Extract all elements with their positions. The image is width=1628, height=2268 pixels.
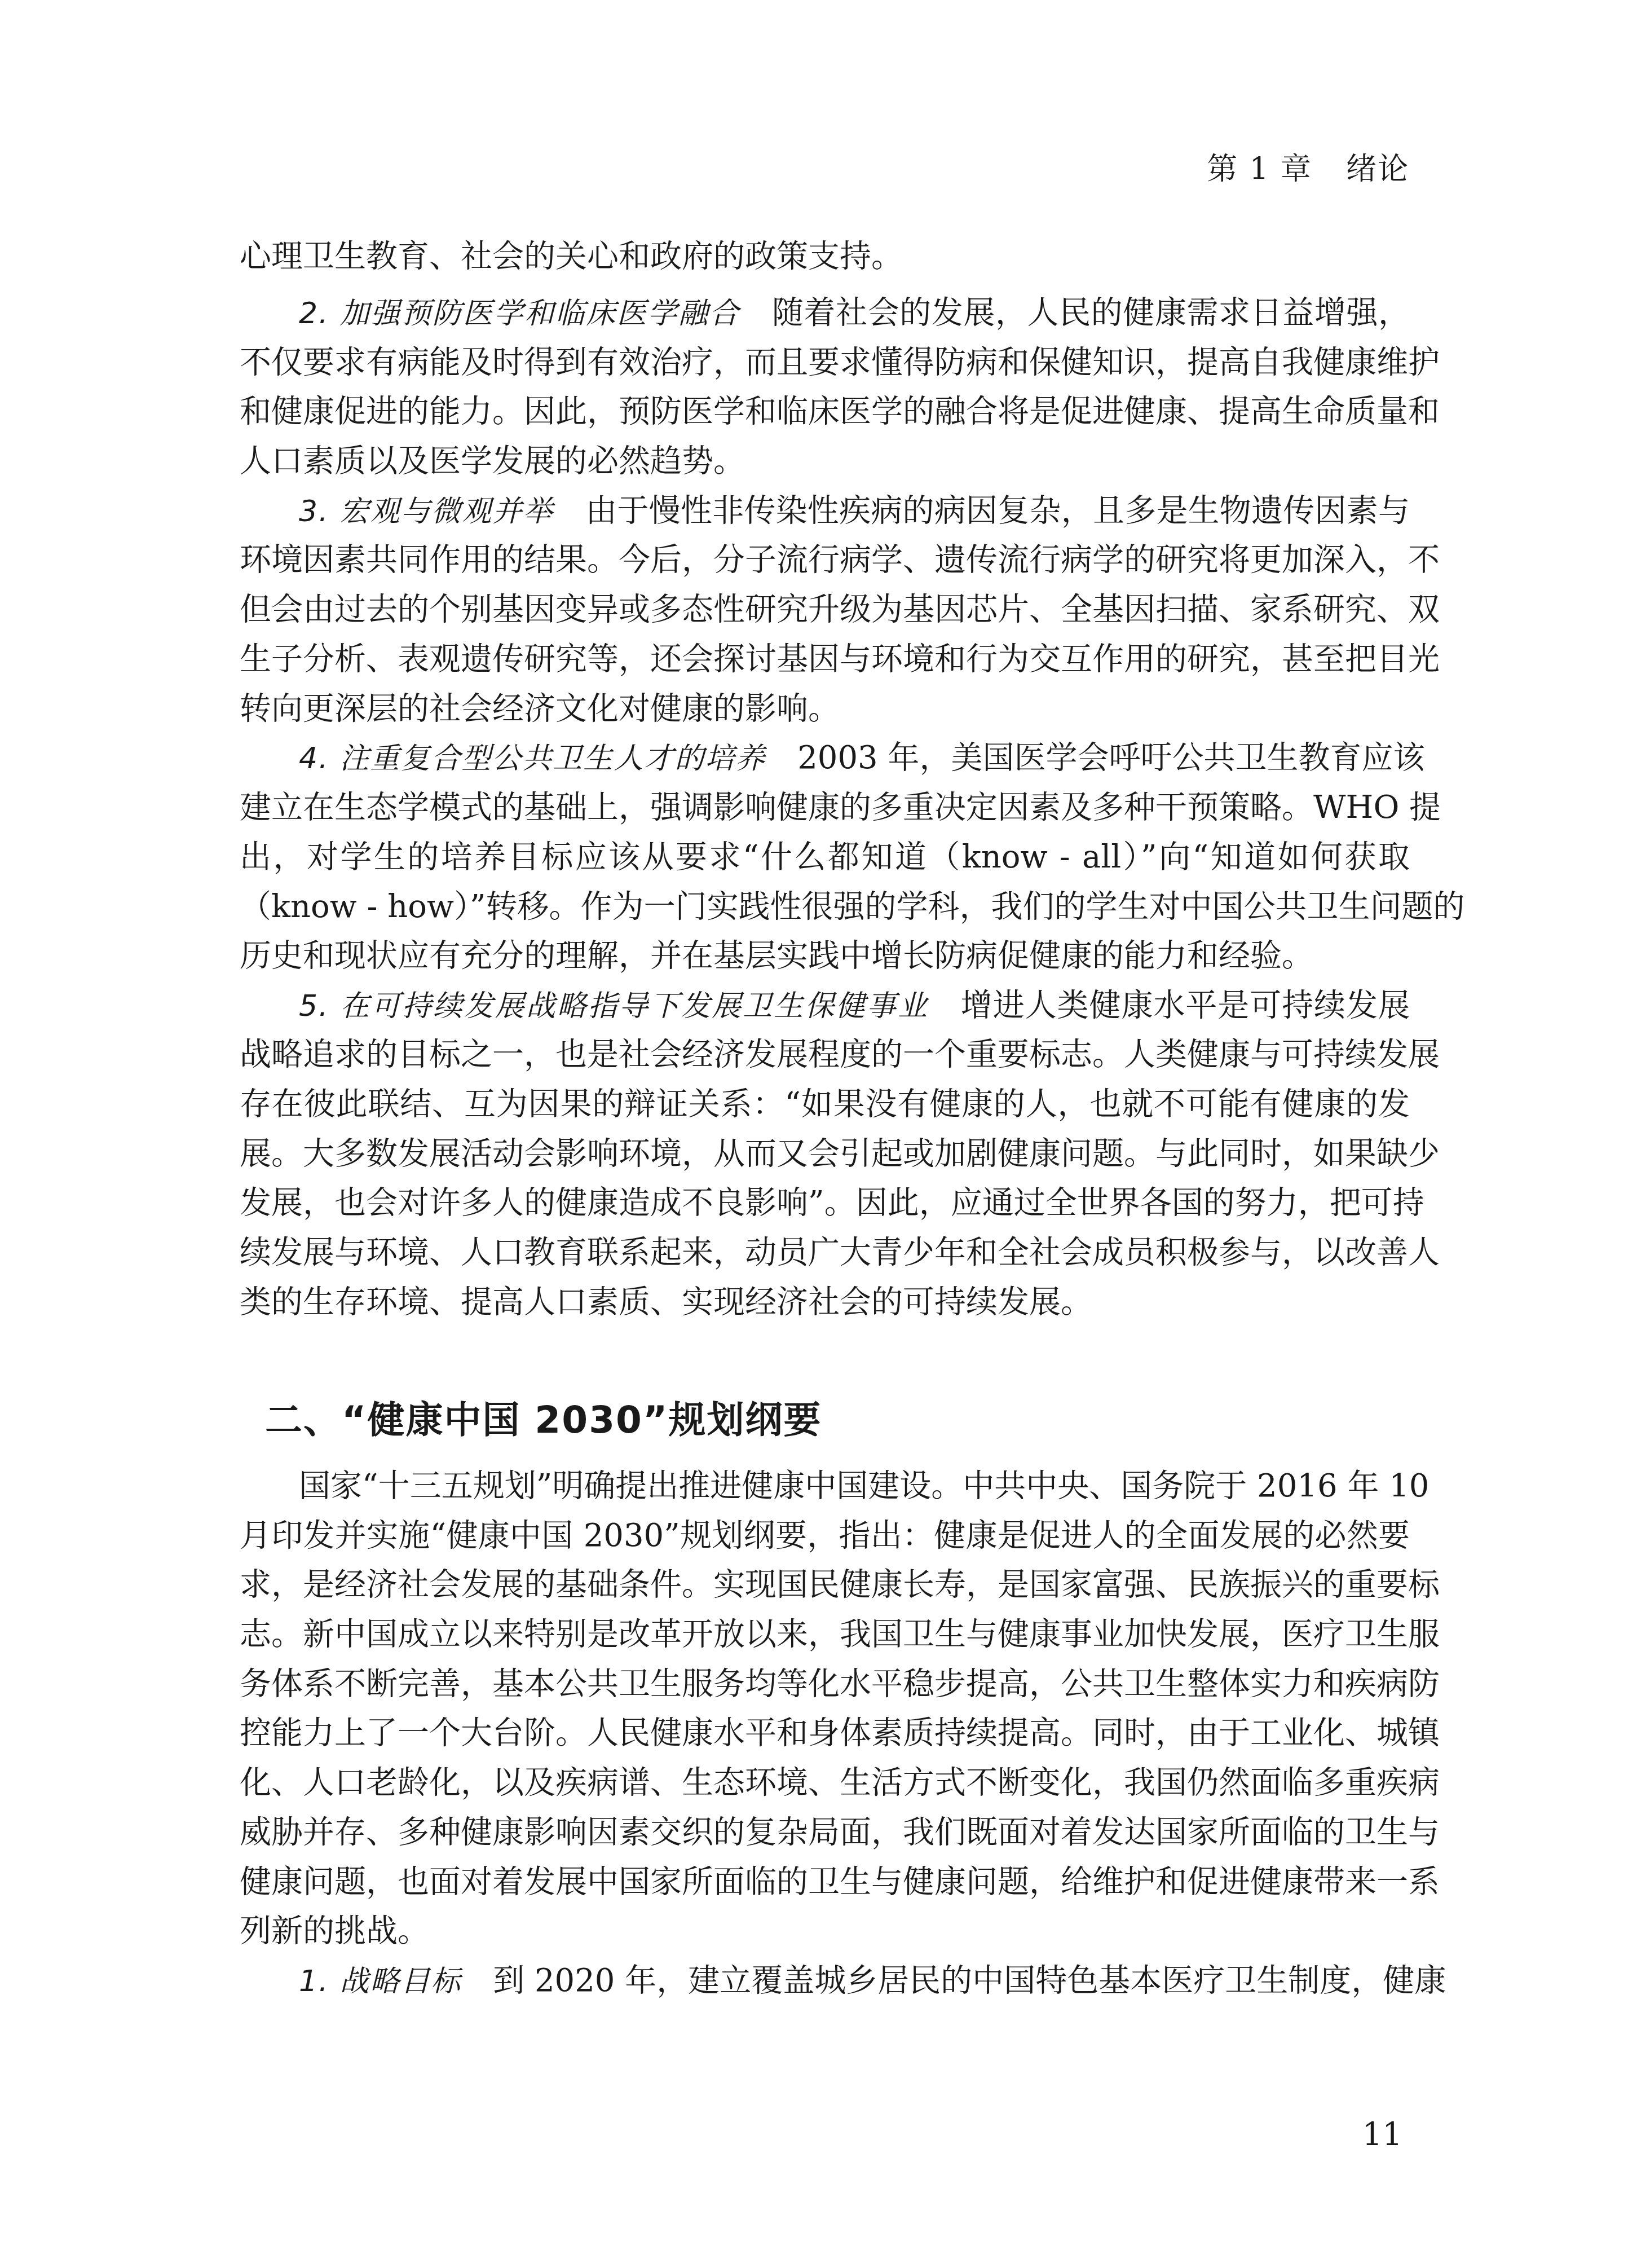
text-line: 月印发并实施“健康中国 2030”规划纲要，指出：健康是促进人的全面发展的必然要 (240, 1511, 1410, 1561)
running-header: 第 1 章绪论 (1207, 151, 1409, 187)
section-heading: 二、“健康中国 2030”规划纲要 (265, 1393, 822, 1447)
text-line: 续发展与环境、人口教育联系起来，动员广大青少年和全社会成员积极参与，以改善人 (240, 1228, 1410, 1278)
paragraph-item-4-first-line: 4. 注重复合型公共卫生人才的培养2003 年，美国医学会呼吁公共卫生教育应该 (299, 733, 1410, 783)
text-line: 求，是经济社会发展的基础条件。实现国民健康长寿，是国家富强、民族振兴的重要标 (240, 1560, 1410, 1610)
text-run: 2003 年，美国医学会呼吁公共卫生教育应该 (797, 739, 1424, 776)
text-line: 出，对学生的培养目标应该从要求“什么都知道（know - all）”向“知道如何… (240, 833, 1410, 882)
text-run: 由于慢性非传染性疾病的病因复杂，且多是生物遗传因素与 (585, 492, 1410, 529)
text-line: 务体系不断完善，基本公共卫生服务均等化水平稳步提高，公共卫生整体实力和疾病防 (240, 1659, 1410, 1709)
text-line: 控能力上了一个大台阶。人民健康水平和身体素质持续提高。同时，由于工业化、城镇 (240, 1708, 1410, 1758)
text-line: 列新的挑战。 (240, 1906, 1410, 1956)
item-keyword: 5. 在可持续发展战略指导下发展卫生保健事业 (299, 989, 929, 1023)
text-line: 建立在生态学模式的基础上，强调影响健康的多重决定因素及多种干预策略。WHO 提 (240, 783, 1410, 833)
text-line: 存在彼此联结、互为因果的辩证关系：“如果没有健康的人，也就不可能有健康的发 (240, 1080, 1410, 1129)
text-run: 到 2020 年，建立覆盖城乡居民的中国特色基本医疗卫生制度，健康 (493, 1962, 1446, 1999)
text-line: 转向更深层的社会经济文化对健康的影响。 (240, 684, 1410, 734)
chapter-title: 绪论 (1346, 151, 1409, 187)
item-keyword: 4. 注重复合型公共卫生人才的培养 (299, 742, 766, 776)
text-line: 历史和现状应有充分的理解，并在基层实践中增长防病促健康的能力和经验。 (240, 931, 1410, 981)
paragraph-item-5-first-line: 5. 在可持续发展战略指导下发展卫生保健事业增进人类健康水平是可持续发展 (299, 981, 1410, 1030)
paragraph-item-3-first-line: 3. 宏观与微观并举由于慢性非传染性疾病的病因复杂，且多是生物遗传因素与 (299, 486, 1410, 536)
paragraph-strategy-goal-first-line: 1. 战略目标到 2020 年，建立覆盖城乡居民的中国特色基本医疗卫生制度，健康 (299, 1956, 1410, 2006)
text-line: 志。新中国成立以来特别是改革开放以来，我国卫生与健康事业加快发展，医疗卫生服 (240, 1610, 1410, 1659)
text-line: 健康问题，也面对着发展中国家所面临的卫生与健康问题，给维护和促进健康带来一系 (240, 1857, 1410, 1907)
item-keyword: 3. 宏观与微观并举 (299, 495, 554, 529)
text-run: 随着社会的发展，人民的健康需求日益增强， (771, 294, 1410, 331)
text-line: 不仅要求有病能及时得到有效治疗，而且要求懂得防病和保健知识，提高自我健康维护 (240, 338, 1410, 387)
text-line: （know - how）”转移。作为一门实践性很强的学科，我们的学生对中国公共卫… (240, 882, 1410, 932)
text-line: 威胁并存、多种健康影响因素交织的复杂局面，我们既面对着发达国家所面临的卫生与 (240, 1808, 1410, 1857)
text-line: 心理卫生教育、社会的关心和政府的政策支持。 (240, 232, 1410, 281)
text-line: 和健康促进的能力。因此，预防医学和临床医学的融合将是促进健康、提高生命质量和 (240, 387, 1410, 437)
text-line: 化、人口老龄化，以及疾病谱、生态环境、生活方式不断变化，我国仍然面临多重疾病 (240, 1758, 1410, 1808)
paragraph-item-2-first-line: 2. 加强预防医学和临床医学融合随着社会的发展，人民的健康需求日益增强， (299, 288, 1410, 338)
text-line: 国家“十三五规划”明确提出推进健康中国建设。中共中央、国务院于 2016 年 1… (299, 1461, 1410, 1511)
text-line: 发展，也会对许多人的健康造成不良影响”。因此，应通过全世界各国的努力，把可持 (240, 1178, 1410, 1228)
item-keyword: 1. 战略目标 (299, 1965, 461, 1998)
text-line: 类的生存环境、提高人口素质、实现经济社会的可持续发展。 (240, 1278, 1410, 1327)
item-keyword: 2. 加强预防医学和临床医学融合 (299, 297, 740, 331)
text-run: 增进人类健康水平是可持续发展 (960, 987, 1410, 1024)
page-number: 11 (1362, 2115, 1402, 2155)
text-line: 战略追求的目标之一，也是社会经济发展程度的一个重要标志。人类健康与可持续发展 (240, 1030, 1410, 1080)
text-line: 环境因素共同作用的结果。今后，分子流行病学、遗传流行病学的研究将更加深入，不 (240, 535, 1410, 585)
text-line: 但会由过去的个别基因变异或多态性研究升级为基因芯片、全基因扫描、家系研究、双 (240, 585, 1410, 635)
text-line: 人口素质以及医学发展的必然趋势。 (240, 437, 1410, 486)
text-line: 生子分析、表观遗传研究等，还会探讨基因与环境和行为交互作用的研究，甚至把目光 (240, 635, 1410, 684)
chapter-number: 第 1 章 (1207, 151, 1312, 187)
book-page: 第 1 章绪论 心理卫生教育、社会的关心和政府的政策支持。 2. 加强预防医学和… (0, 0, 1628, 2268)
text-line: 展。大多数发展活动会影响环境，从而又会引起或加剧健康问题。与此同时，如果缺少 (240, 1129, 1410, 1179)
